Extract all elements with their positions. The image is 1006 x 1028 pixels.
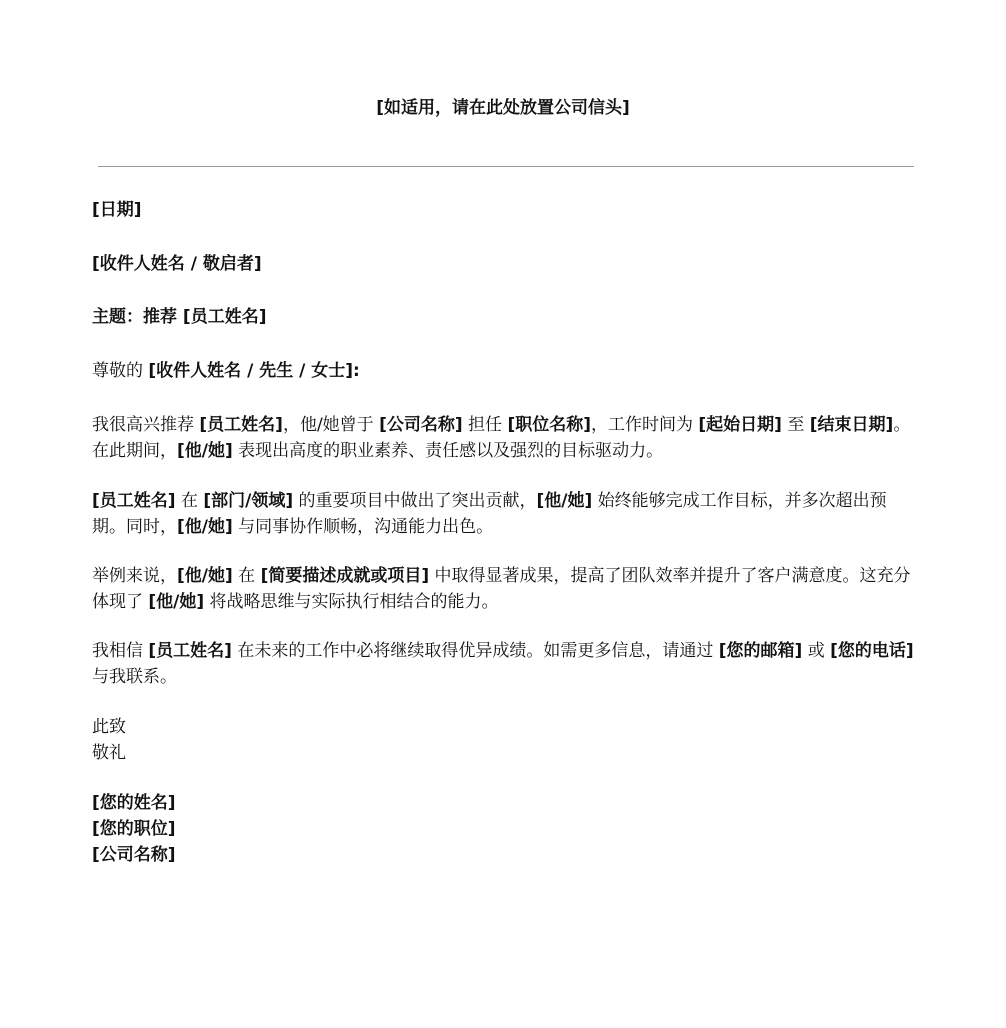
placeholder-field: [结束日期]	[810, 415, 894, 435]
letterhead-placeholder: [如适用，请在此处放置公司信头]	[92, 96, 914, 120]
placeholder-field: [您的电话]	[830, 641, 914, 661]
body-text: 与同事协作顺畅，沟通能力出色。	[233, 517, 493, 537]
placeholder-field: [他/她]	[148, 592, 204, 612]
placeholder-field: [员工姓名]	[92, 491, 176, 511]
signature-company: [公司名称]	[92, 842, 176, 868]
body-text: 我很高兴推荐	[92, 415, 199, 435]
placeholder-field: [员工姓名]	[199, 415, 283, 435]
body-text: 在未来的工作中必将继续取得优异成绩。如需更多信息，请通过	[232, 641, 719, 661]
body-paragraph-1: 我很高兴推荐 [员工姓名]，他/她曾于 [公司名称] 担任 [职位名称]，工作时…	[92, 412, 917, 464]
body-text: 担任	[463, 415, 508, 435]
closing-line-1: 此致	[92, 714, 126, 740]
body-text: 至	[782, 415, 810, 435]
placeholder-field: [他/她]	[177, 517, 233, 537]
body-text: 或	[802, 641, 830, 661]
body-text: 我相信	[92, 641, 148, 661]
date-line: [日期]	[92, 197, 142, 223]
placeholder-field: [职位名称]	[507, 415, 591, 435]
body-text: 的重要项目中做出了突出贡献，	[293, 491, 536, 511]
body-text: 在	[233, 566, 261, 586]
placeholder-field: [部门/领域]	[203, 491, 293, 511]
salutation-recipient: [收件人姓名 / 先生 / 女士]:	[148, 361, 359, 381]
header-divider	[98, 166, 914, 167]
body-text: ，工作时间为	[591, 415, 698, 435]
subject-employee-name: [员工姓名]	[183, 307, 267, 327]
signature-name: [您的姓名]	[92, 790, 176, 816]
placeholder-field: [公司名称]	[379, 415, 463, 435]
placeholder-field: [您的邮箱]	[719, 641, 803, 661]
placeholder-field: [简要描述成就或项目]	[261, 566, 430, 586]
body-text: 与我联系。	[92, 667, 177, 687]
placeholder-field: [他/她]	[537, 491, 593, 511]
body-paragraph-2: [员工姓名] 在 [部门/领域] 的重要项目中做出了突出贡献，[他/她] 始终能…	[92, 488, 917, 540]
body-paragraph-4: 我相信 [员工姓名] 在未来的工作中必将继续取得优异成绩。如需更多信息，请通过 …	[92, 638, 917, 690]
body-text: 在	[176, 491, 204, 511]
recipient-line: [收件人姓名 / 敬启者]	[92, 251, 262, 277]
placeholder-field: [他/她]	[177, 441, 233, 461]
body-text: 举例来说，	[92, 566, 177, 586]
body-text: ，他/她曾于	[283, 415, 379, 435]
body-text: 将战略思维与实际执行相结合的能力。	[204, 592, 498, 612]
closing-line-2: 敬礼	[92, 740, 126, 766]
signature-title: [您的职位]	[92, 816, 176, 842]
placeholder-field: [他/她]	[177, 566, 233, 586]
salutation-line: 尊敬的 [收件人姓名 / 先生 / 女士]:	[92, 358, 360, 384]
body-paragraph-3: 举例来说，[他/她] 在 [简要描述成就或项目] 中取得显著成果，提高了团队效率…	[92, 563, 917, 615]
salutation-prefix: 尊敬的	[92, 361, 148, 381]
body-text: 表现出高度的职业素养、责任感以及强烈的目标驱动力。	[233, 441, 663, 461]
subject-label: 主题：推荐	[92, 307, 183, 327]
placeholder-field: [员工姓名]	[148, 641, 232, 661]
subject-line: 主题：推荐 [员工姓名]	[92, 304, 266, 330]
placeholder-field: [起始日期]	[698, 415, 782, 435]
